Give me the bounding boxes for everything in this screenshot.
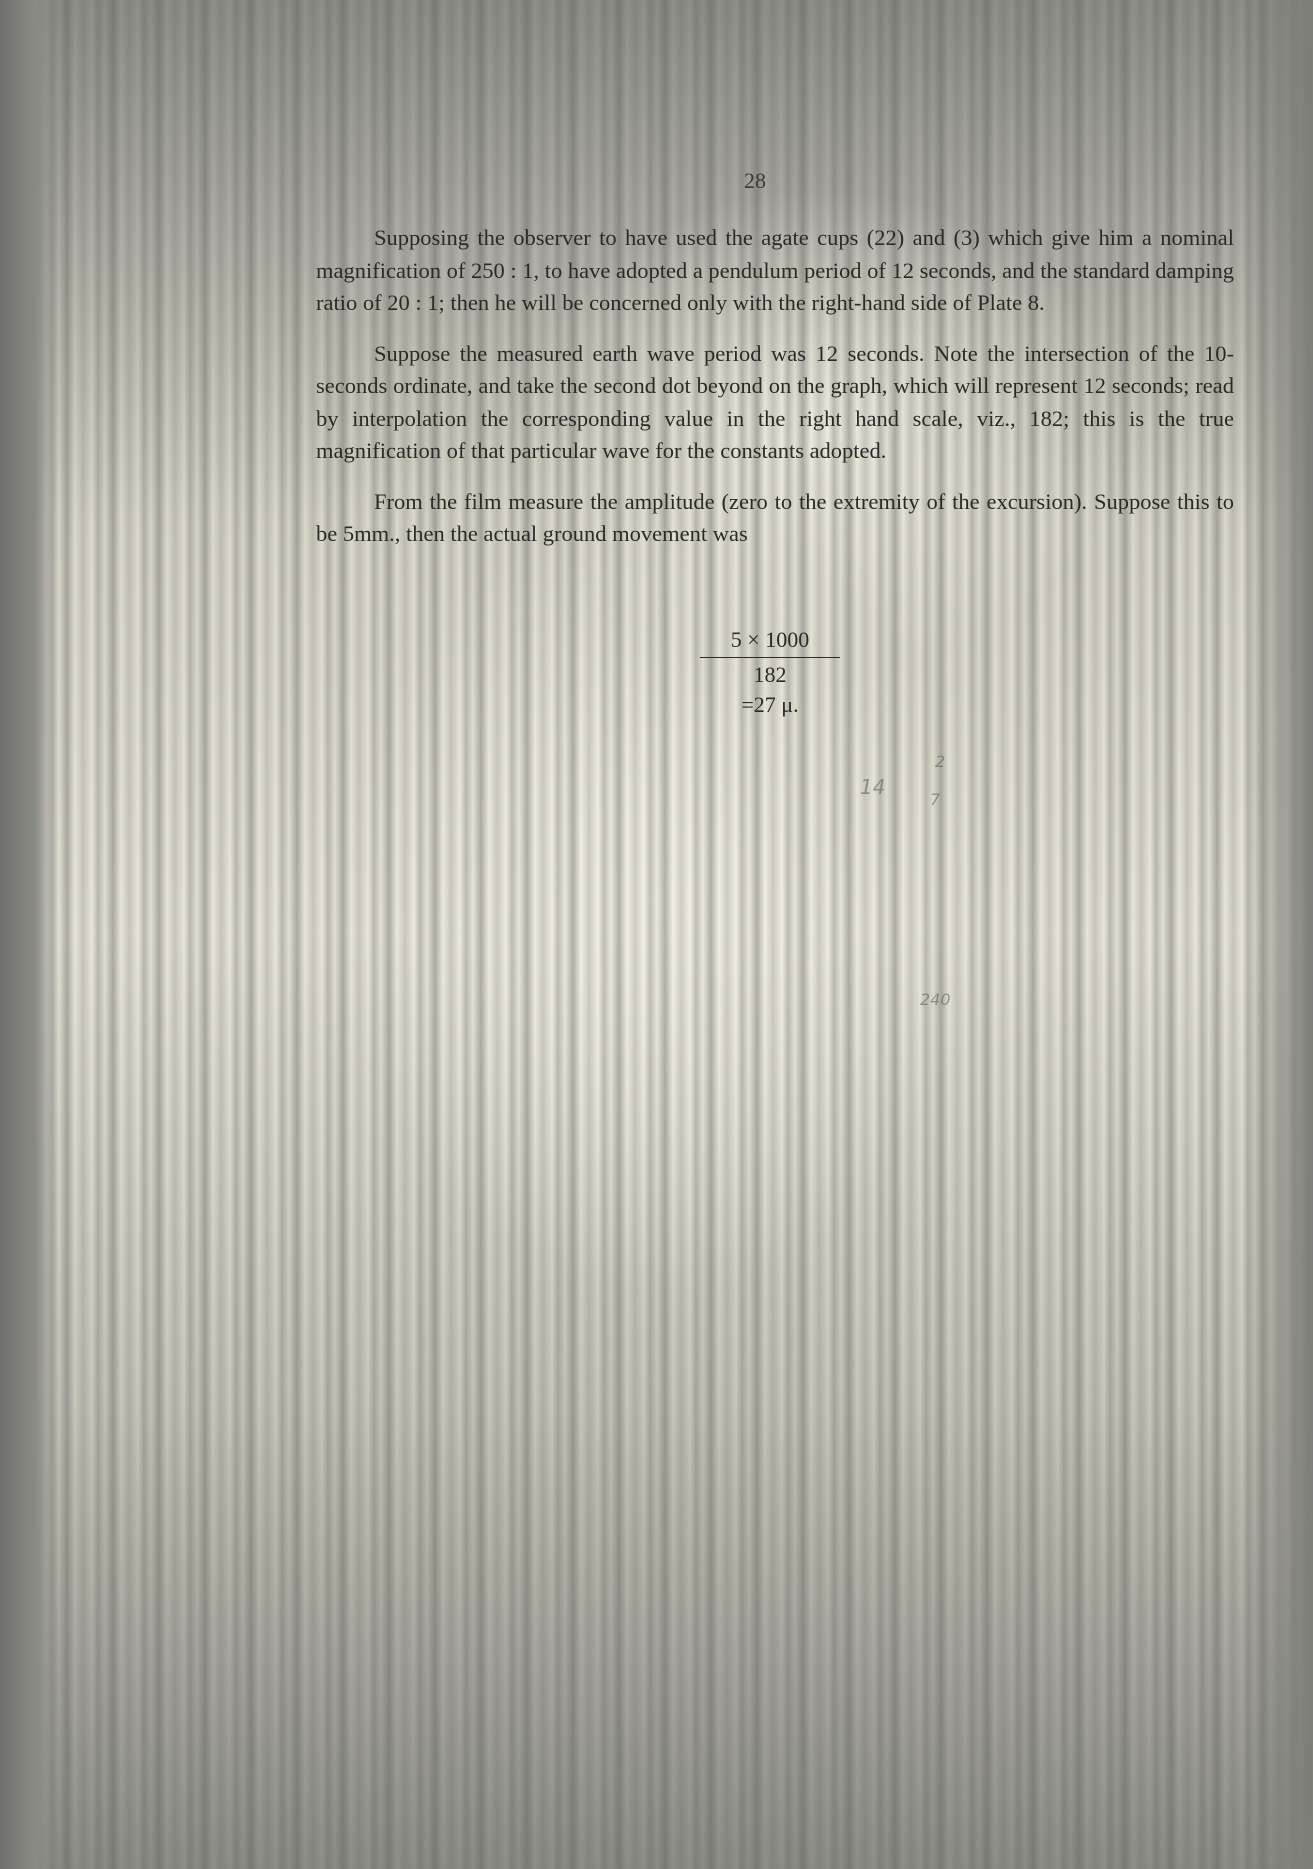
pencil-mark: 7 [930, 790, 940, 809]
formula-result: =27 μ. [700, 690, 840, 720]
pencil-mark: 14 [860, 775, 885, 799]
page-right-edge-shadow [1243, 0, 1313, 1869]
ground-movement-formula: 5 × 1000 182 =27 μ. [700, 625, 840, 720]
pencil-mark: 2 [935, 752, 945, 771]
pencil-mark: 240 [920, 990, 951, 1009]
formula-numerator: 5 × 1000 [700, 625, 840, 658]
paragraph-2: Suppose the measured earth wave period w… [316, 338, 1234, 468]
page-number: 28 [744, 168, 766, 194]
formula-denominator: 182 [700, 658, 840, 690]
page-left-edge-shadow [0, 0, 58, 1869]
paragraph-3: From the film measure the amplitude (zer… [316, 486, 1234, 551]
paragraph-1: Supposing the observer to have used the … [316, 222, 1234, 320]
body-text: Supposing the observer to have used the … [316, 222, 1234, 569]
